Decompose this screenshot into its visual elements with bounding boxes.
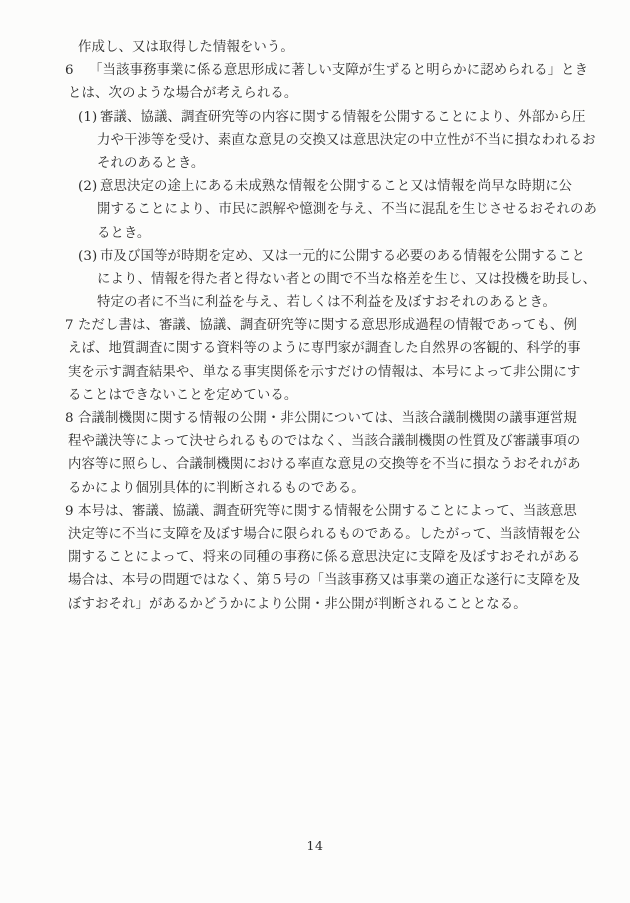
text-line: 7ただし書は、審議、協議、調査研究等に関する意思形成過程の情報であっても、例 <box>65 314 630 337</box>
text-line: 開することによって、将来の同種の事務に係る意思決定に支障を及ぼすおそれがある <box>68 546 630 569</box>
text-line-content: るかにより個別具体的に判断されるものである。 <box>68 481 365 496</box>
text-line: それのあるとき。 <box>97 152 630 175</box>
text-line: 力や干渉等を受け、素直な意見の交換又は意思決定の中立性が不当に損なわれるお <box>97 129 630 152</box>
item-number: 6 <box>65 59 89 82</box>
text-line-content: 内容等に照らし、合議制機関における率直な意見の交換等を不当に損なうおそれがあ <box>68 457 581 472</box>
text-line-content: により、情報を得た者と得ない者との間で不当な格差を生じ、又は投機を助長し、 <box>97 272 596 287</box>
text-line-content: 「当該事務事業に係る意思形成に著しい支障が生ずると明らかに認められる」とき <box>89 63 588 78</box>
text-line-content: 決定等に不当に支障を及ぼす場合に限られるものである。したがって、当該情報を公 <box>68 527 580 542</box>
text-line-content: 作成し、又は取得した情報をいう。 <box>78 40 294 55</box>
text-line: 開することにより、市民に誤解や憶測を与え、不当に混乱を生じさせるおそれのあ <box>97 198 630 221</box>
text-line: えば、地質調査に関する資料等のように専門家が調査した自然界の客観的、科学的事 <box>68 337 630 360</box>
text-line-content: 実を示す調査結果や、単なる事実関係を示すだけの情報は、本号によって非公開にす <box>68 365 580 380</box>
text-line-content: とは、次のような場合が考えられる。 <box>68 86 297 101</box>
text-line-content: 本号は、審議、協議、調査研究等に関する情報を公開することによって、当該意思 <box>78 504 577 519</box>
page-number: 14 <box>0 838 630 853</box>
document-page: 作成し、又は取得した情報をいう。6「当該事務事業に係る意思形成に著しい支障が生ず… <box>0 0 630 903</box>
text-line: ぼすおそれ」があるかどうかにより公開・非公開が判断されることとなる。 <box>68 593 630 616</box>
text-line: 8合議制機関に関する情報の公開・非公開については、当該合議制機関の議事運営規 <box>65 407 630 430</box>
text-line-content: 意思決定の途上にある未成熟な情報を公開すること又は情報を尚早な時期に公 <box>100 179 572 194</box>
text-line: 程や議決等によって決せられるものではなく、当該合議制機関の性質及び審議事項の <box>68 430 630 453</box>
text-line: 特定の者に不当に利益を与え、若しくは不利益を及ぼすおそれのあるとき。 <box>97 291 630 314</box>
subitem-number: (1) <box>78 106 100 129</box>
text-line: (1)審議、協議、調査研究等の内容に関する情報を公開することにより、外部から圧 <box>78 106 630 129</box>
text-line: 場合は、本号の問題ではなく、第５号の「当該事務又は事業の適正な遂行に支障を及 <box>68 569 630 592</box>
text-line: るとき。 <box>97 222 630 245</box>
item-number: 7 <box>65 314 78 337</box>
text-line-content: 開することによって、将来の同種の事務に係る意思決定に支障を及ぼすおそれがある <box>68 550 580 565</box>
text-line-content: 開することにより、市民に誤解や憶測を与え、不当に混乱を生じさせるおそれのあ <box>97 202 597 217</box>
text-line-content: 力や干渉等を受け、素直な意見の交換又は意思決定の中立性が不当に損なわれるお <box>97 133 596 148</box>
text-line-content: 場合は、本号の問題ではなく、第５号の「当該事務又は事業の適正な遂行に支障を及 <box>68 573 580 588</box>
text-line: 作成し、又は取得した情報をいう。 <box>78 36 630 59</box>
text-line: るかにより個別具体的に判断されるものである。 <box>68 477 630 500</box>
item-number: 9 <box>65 500 78 523</box>
text-line-content: 特定の者に不当に利益を与え、若しくは不利益を及ぼすおそれのあるとき。 <box>97 295 556 310</box>
text-line: (3)市及び国等が時期を定め、又は一元的に公開する必要のある情報を公開すること <box>78 245 630 268</box>
text-line: 決定等に不当に支障を及ぼす場合に限られるものである。したがって、当該情報を公 <box>68 523 630 546</box>
text-line-content: ただし書は、審議、協議、調査研究等に関する意思形成過程の情報であっても、例 <box>78 318 577 333</box>
text-line: により、情報を得た者と得ない者との間で不当な格差を生じ、又は投機を助長し、 <box>97 268 630 291</box>
document-text-block: 作成し、又は取得した情報をいう。6「当該事務事業に係る意思形成に著しい支障が生ず… <box>0 36 630 616</box>
subitem-number: (2) <box>78 175 100 198</box>
text-line-content: えば、地質調査に関する資料等のように専門家が調査した自然界の客観的、科学的事 <box>68 341 581 356</box>
text-line-content: ることはできないことを定めている。 <box>68 388 297 403</box>
item-number: 8 <box>65 407 78 430</box>
text-line: 内容等に照らし、合議制機関における率直な意見の交換等を不当に損なうおそれがあ <box>68 453 630 476</box>
text-line-content: るとき。 <box>97 226 150 241</box>
text-line-content: 審議、協議、調査研究等の内容に関する情報を公開することにより、外部から圧 <box>100 110 586 125</box>
text-line: とは、次のような場合が考えられる。 <box>68 82 630 105</box>
subitem-number: (3) <box>78 245 100 268</box>
text-line: 6「当該事務事業に係る意思形成に著しい支障が生ずると明らかに認められる」とき <box>65 59 630 82</box>
text-line: 実を示す調査結果や、単なる事実関係を示すだけの情報は、本号によって非公開にす <box>68 361 630 384</box>
text-line-content: それのあるとき。 <box>97 156 204 171</box>
text-line-content: 合議制機関に関する情報の公開・非公開については、当該合議制機関の議事運営規 <box>78 411 577 426</box>
text-line: (2)意思決定の途上にある未成熟な情報を公開すること又は情報を尚早な時期に公 <box>78 175 630 198</box>
text-line-content: 程や議決等によって決せられるものではなく、当該合議制機関の性質及び審議事項の <box>68 434 580 449</box>
text-line-content: ぼすおそれ」があるかどうかにより公開・非公開が判断されることとなる。 <box>68 597 527 612</box>
text-line: 9本号は、審議、協議、調査研究等に関する情報を公開することによって、当該意思 <box>65 500 630 523</box>
text-line-content: 市及び国等が時期を定め、又は一元的に公開する必要のある情報を公開すること <box>100 249 585 264</box>
text-line: ることはできないことを定めている。 <box>68 384 630 407</box>
